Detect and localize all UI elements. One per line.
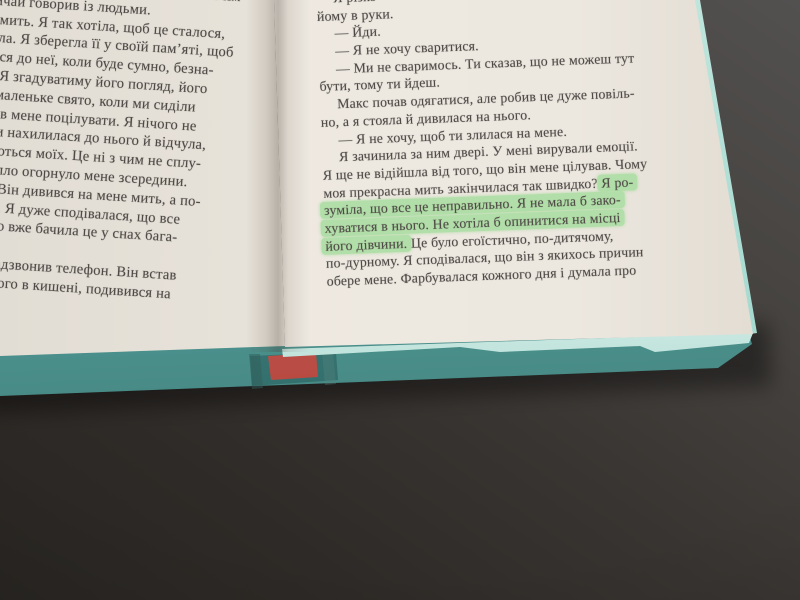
right-page-text: Я різкойому в руки.— Йди.— Я не хочу сва… (316, 0, 691, 290)
open-book: зовсімзвичай говорив із людьми.ця мить. … (0, 0, 800, 600)
desk-surface: зовсімзвичай говорив із людьми.ця мить. … (0, 0, 800, 600)
text-fragment: Я різко (333, 0, 377, 5)
highlighted-text: Я ро- (597, 173, 638, 191)
text-fragment: — Йди. (334, 24, 381, 41)
text-fragment: йому в руки. (317, 6, 394, 24)
text-fragment: зовсім (200, 0, 242, 5)
left-page-text: зовсімзвичай говорив із людьми.ця мить. … (0, 0, 283, 310)
